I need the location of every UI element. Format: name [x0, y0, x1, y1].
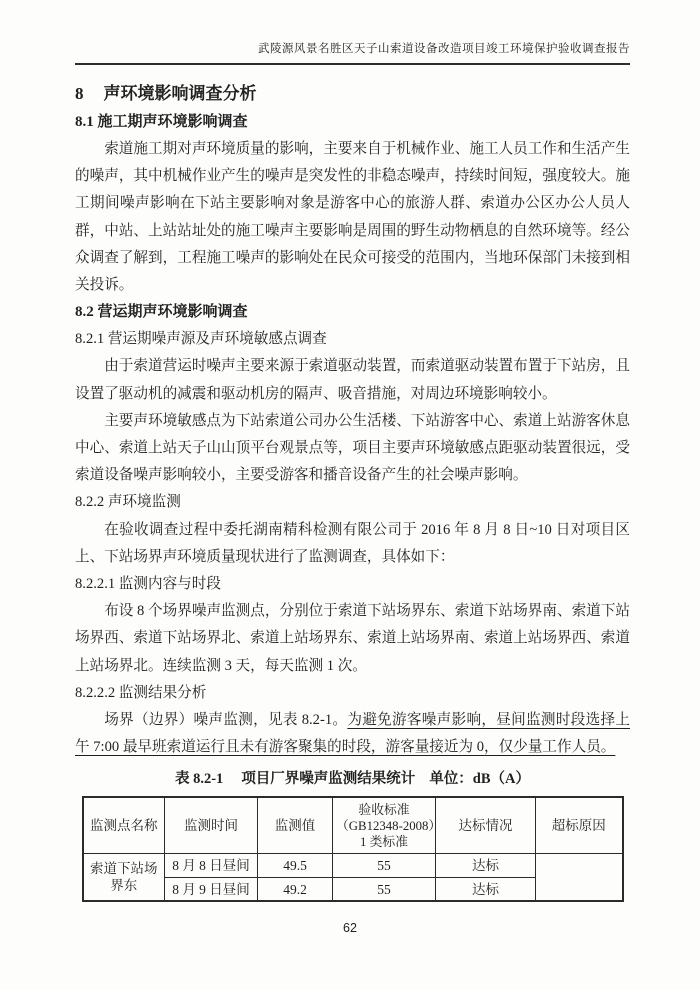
col-header-reason: 超标原因 [536, 797, 623, 853]
cell-status: 达标 [436, 853, 536, 877]
page-content: 武陵源风景名胜区天子山索道设备改造项目竣工环境保护验收调查报告 8声环境影响调查… [0, 0, 700, 902]
section-8-2-2-1-heading: 8.2.2.1 监测内容与时段 [75, 571, 630, 598]
col-header-point: 监测点名称 [83, 797, 165, 853]
table-caption: 表 8.2-1项目厂界噪声监测结果统计单位：dB（A） [75, 767, 630, 791]
table-caption-unit: 单位：dB（A） [429, 771, 530, 787]
section-8-2-2-2-heading: 8.2.2.2 监测结果分析 [75, 680, 630, 707]
section-8-title: 声环境影响调查分析 [104, 84, 257, 103]
paragraph-noise-source: 由于索道营运时噪声主要来源于索道驱动装置，而索道驱动装置布置于下站房，且设置了驱… [75, 353, 630, 407]
paragraph-monitoring-commission: 在验收调查过程中委托湖南精科检测有限公司于 2016 年 8 月 8 日~10 … [75, 517, 630, 571]
table-caption-title: 项目厂界噪声监测结果统计 [241, 771, 415, 787]
running-header: 武陵源风景名胜区天子山索道设备改造项目竣工环境保护验收调查报告 [75, 42, 630, 65]
col-header-status: 达标情况 [436, 797, 536, 853]
section-8-2-heading: 8.2 营运期声环境影响调查 [75, 299, 630, 326]
cell-standard: 55 [333, 877, 436, 901]
section-8-2-1-heading: 8.2.1 营运期噪声源及声环境敏感点调查 [75, 326, 630, 353]
section-8-heading: 8声环境影响调查分析 [75, 81, 630, 107]
col-header-value: 监测值 [258, 797, 333, 853]
cell-time: 8 月 9 日昼间 [165, 877, 258, 901]
section-8-1-heading: 8.1 施工期声环境影响调查 [75, 109, 630, 136]
noise-monitoring-table: 监测点名称 监测时间 监测值 验收标准 （GB12348-2008） 1 类标准… [82, 796, 624, 902]
paragraph-monitoring-result: 场界（边界）噪声监测，见表 8.2-1。为避免游客噪声影响，昼间监测时段选择上午… [75, 707, 630, 761]
paragraph-construction-noise: 索道施工期对声环境质量的影响，主要来自于机械作业、施工人员工作和生活产生的噪声，… [75, 136, 630, 299]
col-header-standard: 验收标准 （GB12348-2008） 1 类标准 [333, 797, 436, 853]
cell-status: 达标 [436, 877, 536, 901]
paragraph-monitoring-points: 布设 8 个场界噪声监测点，分别位于索道下站场界东、索道下站场界南、索道下站场界… [75, 598, 630, 680]
col-header-standard-line3: 1 类标准 [336, 834, 432, 850]
paragraph-sensitive-points: 主要声环境敏感点为下站索道公司办公生活楼、下站游客中心、索道上站游客休息中心、索… [75, 408, 630, 490]
col-header-standard-line2: （GB12348-2008） [336, 818, 432, 834]
cell-value: 49.5 [258, 853, 333, 877]
cell-time: 8 月 8 日昼间 [165, 853, 258, 877]
cell-reason [536, 853, 623, 901]
table-caption-label: 表 8.2-1 [175, 771, 223, 787]
table-header-row: 监测点名称 监测时间 监测值 验收标准 （GB12348-2008） 1 类标准… [83, 797, 623, 853]
col-header-time: 监测时间 [165, 797, 258, 853]
section-8-number: 8 [75, 84, 84, 103]
page-number: 62 [0, 921, 700, 935]
document-page: 武陵源风景名胜区天子山索道设备改造项目竣工环境保护验收调查报告 8声环境影响调查… [0, 0, 700, 990]
table-row: 索道下站场界东 8 月 8 日昼间 49.5 55 达标 [83, 853, 623, 877]
section-8-2-2-heading: 8.2.2 声环境监测 [75, 489, 630, 516]
cell-standard: 55 [333, 853, 436, 877]
col-header-standard-line1: 验收标准 [336, 802, 432, 818]
monitoring-result-lead: 场界（边界）噪声监测，见表 8.2-1。 [104, 712, 347, 728]
cell-monitoring-point: 索道下站场界东 [83, 853, 165, 901]
cell-value: 49.2 [258, 877, 333, 901]
